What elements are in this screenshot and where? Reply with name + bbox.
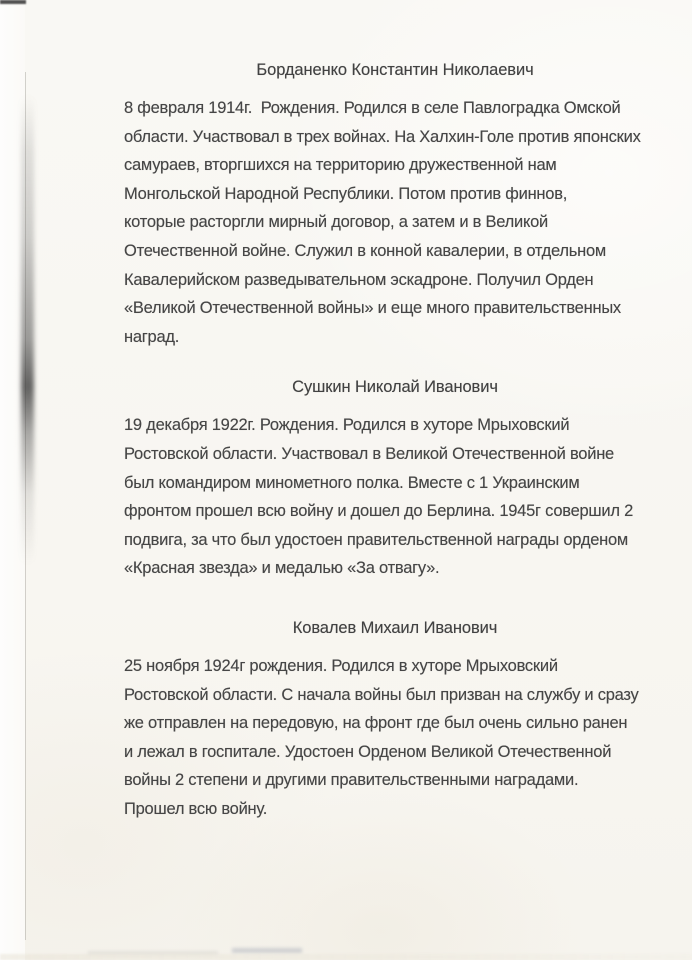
text-line: области. Участвовал в трех войнах. На Ха…	[124, 123, 666, 152]
scan-artifact-edge-smudge	[21, 95, 34, 565]
text-line: «Великой Отечественной войны» и еще мног…	[124, 294, 666, 323]
document-text: Борданенко Константин Николаевич 8 февра…	[124, 58, 666, 823]
text-line: «Красная звезда» и медалью «За отвагу».	[124, 554, 666, 583]
text-line: 19 декабря 1922г. Рождения. Родился в ху…	[124, 411, 666, 440]
text-line: Отечественной войне. Служил в конной кав…	[124, 237, 666, 266]
text-line: подвига, за что был удостоен правительст…	[124, 526, 666, 555]
text-line: и лежал в госпитале. Удостоен Орденом Ве…	[124, 738, 666, 767]
text-line: войны 2 степени и другими правительствен…	[124, 766, 666, 795]
person-name-heading: Ковалев Михаил Иванович	[124, 616, 666, 640]
person-name-heading: Борданенко Константин Николаевич	[124, 58, 666, 82]
person-section: Ковалев Михаил Иванович 25 ноября 1924г …	[124, 616, 666, 824]
text-line: фронтом прошел всю войну и дошел до Берл…	[124, 497, 666, 526]
text-line: наград.	[124, 323, 666, 352]
scan-artifact-bottom-shade	[0, 954, 692, 960]
person-section: Борданенко Константин Николаевич 8 февра…	[124, 58, 666, 351]
person-section: Сушкин Николай Иванович 19 декабря 1922г…	[124, 375, 666, 583]
scan-artifact-bottom-smudge	[232, 948, 302, 953]
person-name-heading: Сушкин Николай Иванович	[124, 375, 666, 399]
biography-paragraph: 19 декабря 1922г. Рождения. Родился в ху…	[124, 411, 666, 583]
text-line: самураев, вторгшихся на территорию друже…	[124, 151, 666, 180]
biography-paragraph: 25 ноября 1924г рождения. Родился в хуто…	[124, 652, 666, 824]
text-line: Прошел всю войну.	[124, 795, 666, 824]
text-line: 8 февраля 1914г. Рождения. Родился в сел…	[124, 94, 666, 123]
text-line: Кавалерийском разведывательном эскадроне…	[124, 266, 666, 295]
text-line: же отправлен на передовую, на фронт где …	[124, 709, 666, 738]
biography-paragraph: 8 февраля 1914г. Рождения. Родился в сел…	[124, 94, 666, 351]
scan-artifact-corner-mark	[0, 0, 26, 4]
text-line: был командиром минометного полка. Вместе…	[124, 469, 666, 498]
text-line: которые расторгли мирный договор, а зате…	[124, 208, 666, 237]
text-line: 25 ноября 1924г рождения. Родился в хуто…	[124, 652, 666, 681]
text-line: Ростовской области. Участвовал в Великой…	[124, 440, 666, 469]
text-line: Монгольской Народной Республики. Потом п…	[124, 180, 666, 209]
text-line: Ростовской области. С начала войны был п…	[124, 681, 666, 710]
